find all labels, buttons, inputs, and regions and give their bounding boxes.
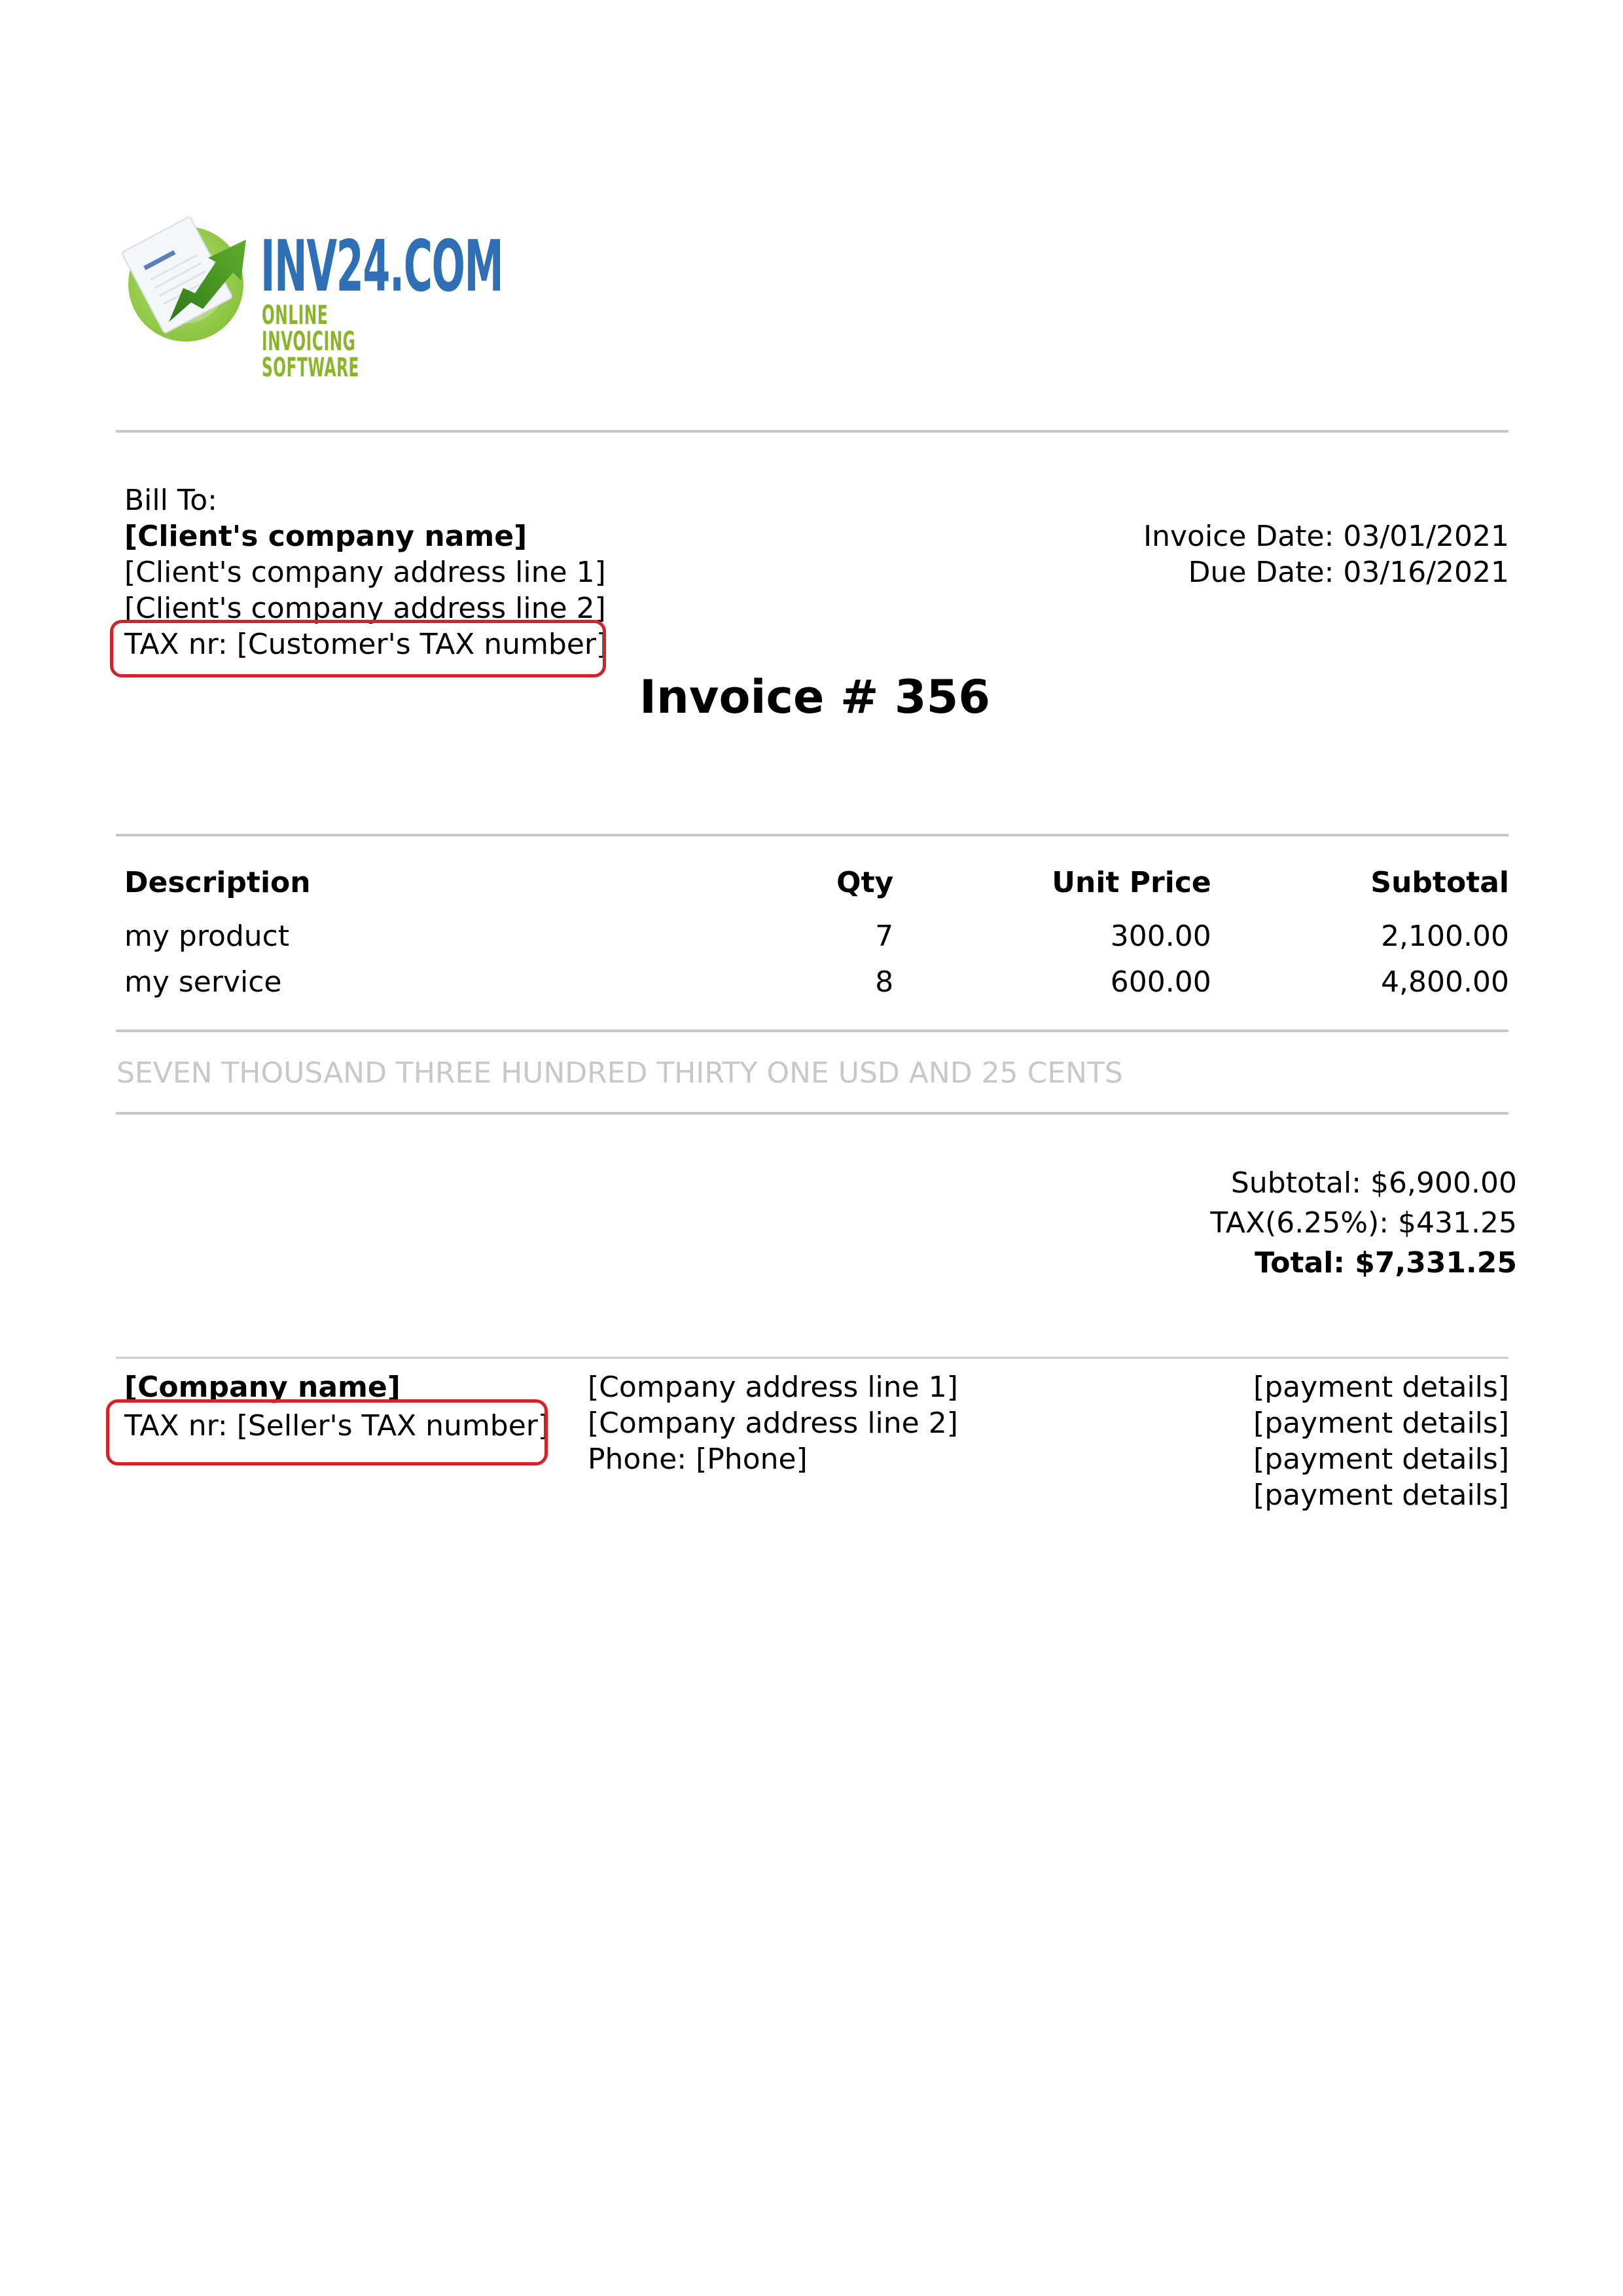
payment-detail-line: [payment details] — [1253, 1369, 1509, 1405]
invoice-date: Invoice Date: 03/01/2021 — [1143, 518, 1509, 554]
footer-divider — [116, 1357, 1508, 1359]
client-address-line-1: [Client's company address line 1] — [124, 554, 607, 590]
header-qty: Qty — [777, 861, 893, 904]
item-qty: 8 — [777, 959, 893, 1005]
logo-tagline: ONLINE INVOICING SOFTWARE — [262, 302, 414, 381]
invoice-title-text: Invoice # 356 — [639, 670, 990, 724]
header-divider — [116, 430, 1508, 433]
client-company-name: [Client's company name] — [124, 518, 607, 554]
seller-address: [Company address line 1] [Company addres… — [588, 1369, 958, 1477]
totals-block: Subtotal: $6,900.00 TAX(6.25%): $431.25 … — [1210, 1163, 1517, 1283]
invoice-growth-arrow-icon — [118, 211, 252, 345]
table-header-row: Description Qty Unit Price Subtotal — [124, 861, 1509, 904]
seller-address-line-2: [Company address line 2] — [588, 1405, 958, 1441]
payment-detail-line: [payment details] — [1253, 1441, 1509, 1477]
header-subtotal: Subtotal — [1211, 861, 1509, 904]
seller-tax-highlight — [106, 1399, 548, 1465]
logo-wordmark: INV24.COM — [260, 234, 503, 300]
totals-grand-total: Total: $7,331.25 — [1210, 1243, 1517, 1283]
amount-words-divider — [116, 1112, 1508, 1115]
seller-phone: Phone: [Phone] — [588, 1441, 958, 1477]
bill-to-label: Bill To: — [124, 482, 607, 518]
table-row: my product 7 300.00 2,100.00 — [124, 904, 1509, 959]
header-unit-price: Unit Price — [893, 861, 1211, 904]
amount-in-words: SEVEN THOUSAND THREE HUNDRED THIRTY ONE … — [116, 1055, 1123, 1091]
item-qty: 7 — [777, 904, 893, 959]
invoice-title: Invoice # 356 — [0, 668, 1623, 726]
item-subtotal: 2,100.00 — [1211, 904, 1509, 959]
table-top-divider — [116, 834, 1508, 836]
invoice-dates: Invoice Date: 03/01/2021 Due Date: 03/16… — [1143, 518, 1509, 590]
payment-details: [payment details] [payment details] [pay… — [1253, 1369, 1509, 1513]
table-row: my service 8 600.00 4,800.00 — [124, 959, 1509, 1005]
seller-address-line-1: [Company address line 1] — [588, 1369, 958, 1405]
totals-subtotal: Subtotal: $6,900.00 — [1210, 1163, 1517, 1203]
item-unit-price: 600.00 — [893, 959, 1211, 1005]
item-description: my product — [124, 904, 777, 959]
payment-detail-line: [payment details] — [1253, 1477, 1509, 1513]
company-logo: INV24.COM ONLINE INVOICING SOFTWARE — [118, 211, 524, 345]
line-items-table: Description Qty Unit Price Subtotal my p… — [124, 861, 1509, 1005]
totals-tax: TAX(6.25%): $431.25 — [1210, 1203, 1517, 1243]
payment-detail-line: [payment details] — [1253, 1405, 1509, 1441]
table-bottom-divider — [116, 1030, 1508, 1032]
item-description: my service — [124, 959, 777, 1005]
item-unit-price: 300.00 — [893, 904, 1211, 959]
due-date: Due Date: 03/16/2021 — [1143, 554, 1509, 590]
header-description: Description — [124, 861, 777, 904]
item-subtotal: 4,800.00 — [1211, 959, 1509, 1005]
